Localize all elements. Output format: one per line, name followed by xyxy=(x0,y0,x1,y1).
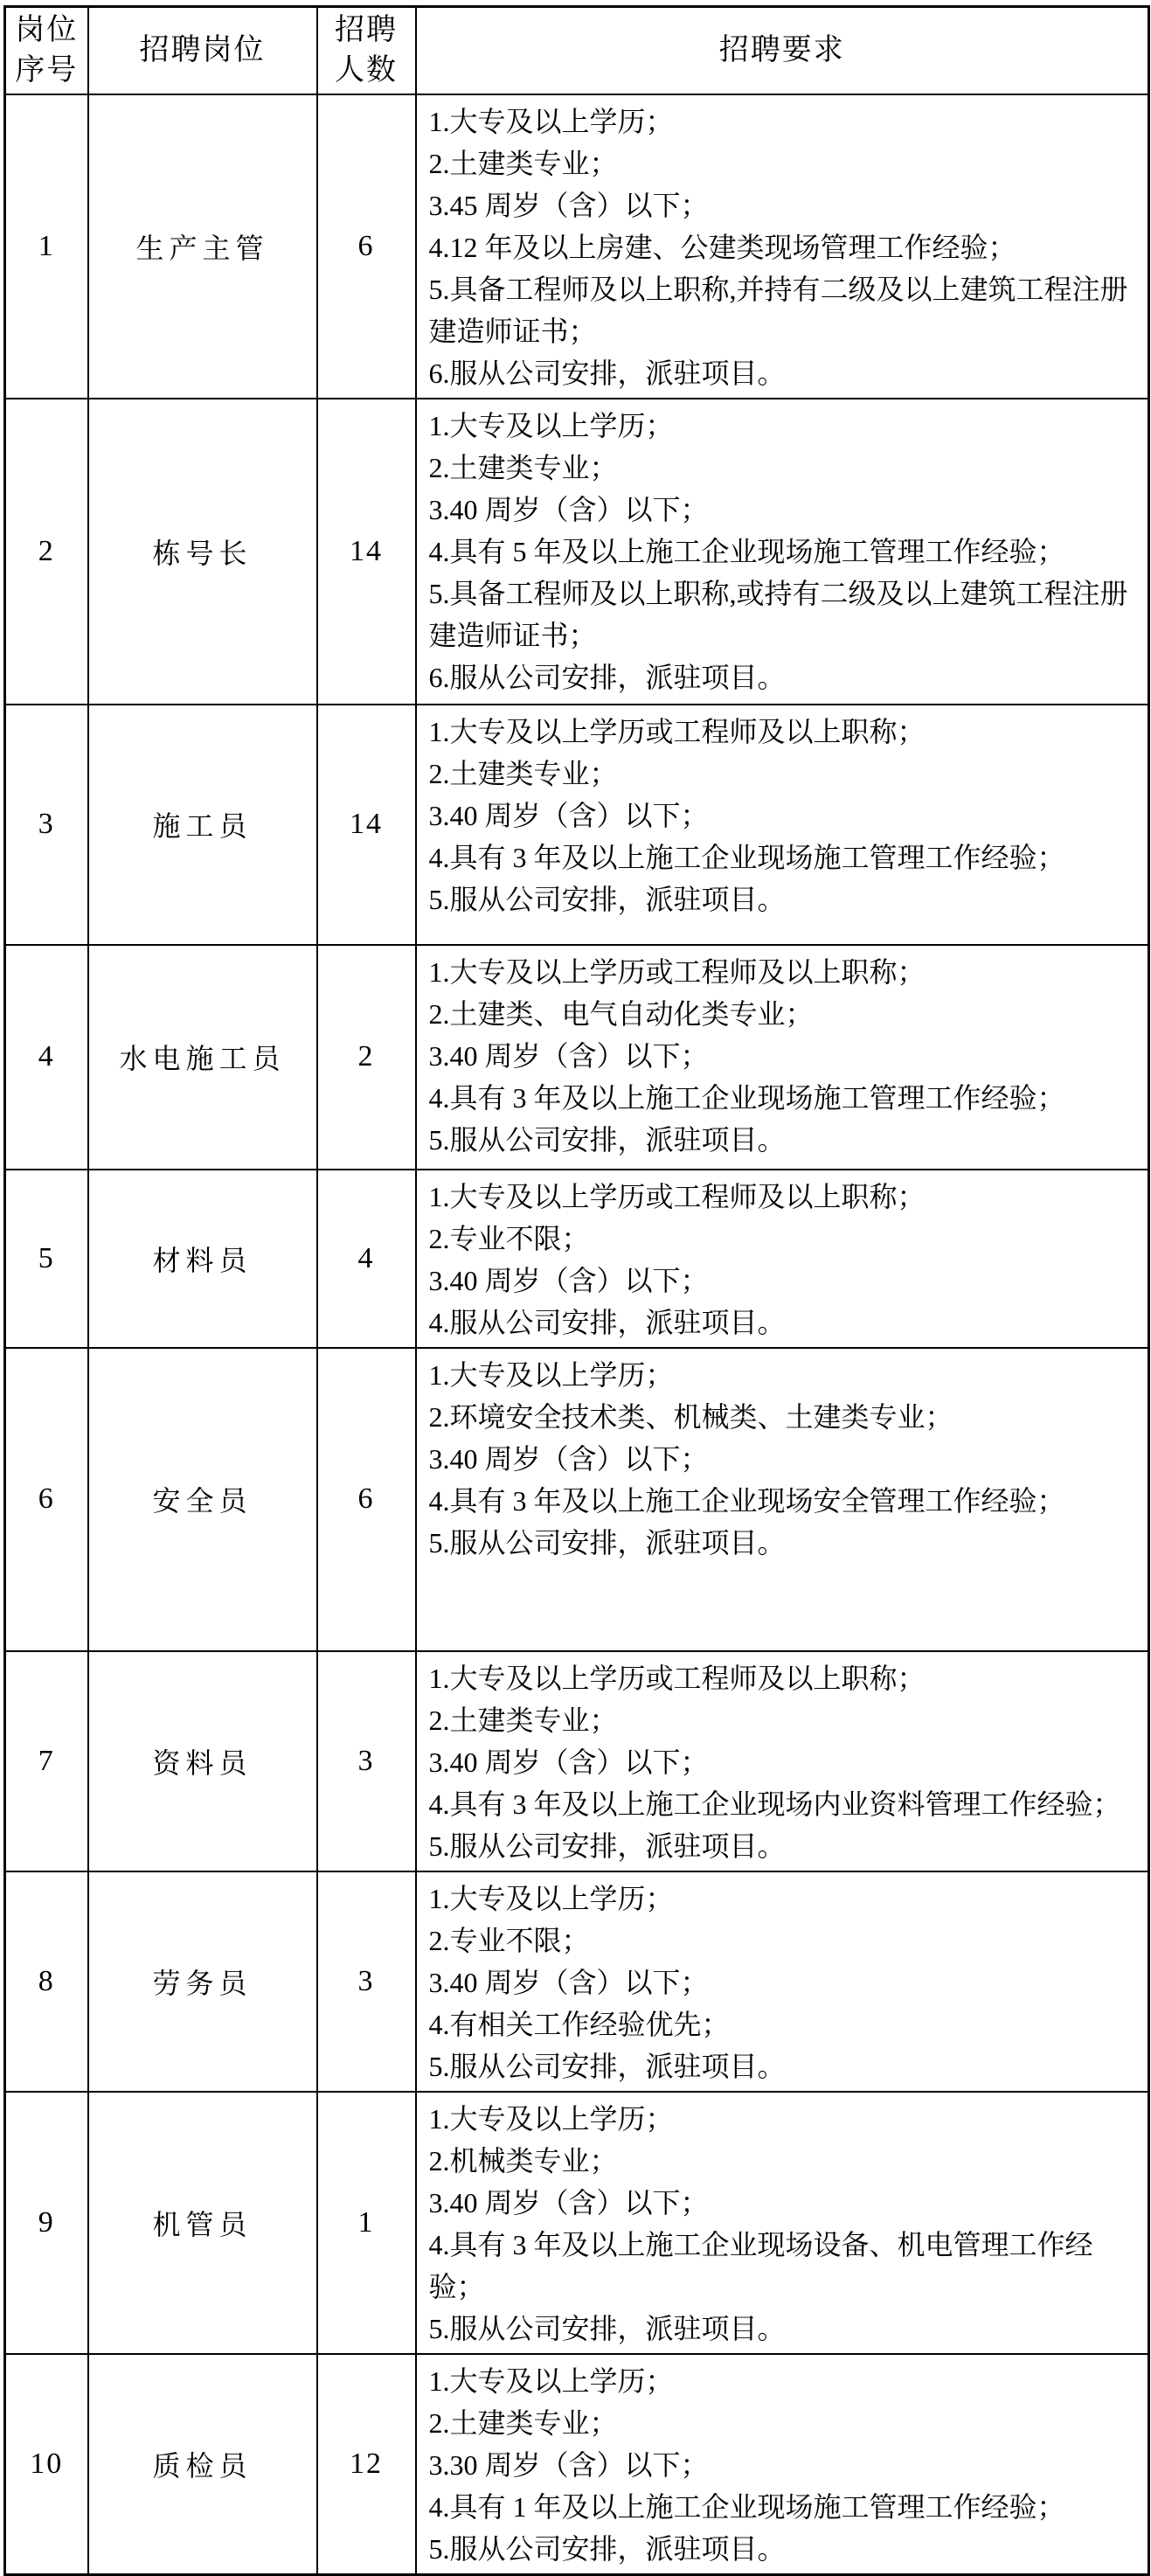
table-header: 岗位 序号 招聘岗位 招聘 人数 招聘要求 xyxy=(5,7,1149,94)
table-row: 5 材料员 4 1.大专及以上学历或工程师及以上职称； 2.专业不限； 3.40… xyxy=(5,1170,1149,1348)
cell-position-name: 栋号长 xyxy=(88,399,317,705)
cell-requirements: 1.大专及以上学历； 2.环境安全技术类、机械类、土建类专业； 3.40 周岁（… xyxy=(416,1348,1149,1651)
cell-position-name: 劳务员 xyxy=(88,1871,317,2092)
cell-position-no: 3 xyxy=(5,705,88,945)
cell-headcount: 14 xyxy=(317,705,416,945)
cell-headcount: 12 xyxy=(317,2354,416,2575)
table-row: 1 生产主管 6 1.大专及以上学历； 2.土建类专业； 3.45 周岁（含）以… xyxy=(5,94,1149,399)
cell-position-no: 7 xyxy=(5,1651,88,1871)
cell-requirements: 1.大专及以上学历或工程师及以上职称； 2.土建类专业； 3.40 周岁（含）以… xyxy=(416,705,1149,945)
cell-position-name: 质检员 xyxy=(88,2354,317,2575)
cell-requirements: 1.大专及以上学历或工程师及以上职称； 2.专业不限； 3.40 周岁（含）以下… xyxy=(416,1170,1149,1348)
header-col-requirements: 招聘要求 xyxy=(416,7,1149,94)
cell-position-no: 6 xyxy=(5,1348,88,1651)
cell-requirements: 1.大专及以上学历或工程师及以上职称； 2.土建类、电气自动化类专业； 3.40… xyxy=(416,945,1149,1170)
cell-requirements: 1.大专及以上学历； 2.土建类专业； 3.40 周岁（含）以下； 4.具有 5… xyxy=(416,399,1149,705)
cell-headcount: 4 xyxy=(317,1170,416,1348)
cell-position-name: 资料员 xyxy=(88,1651,317,1871)
cell-position-no: 2 xyxy=(5,399,88,705)
cell-position-no: 9 xyxy=(5,2092,88,2354)
cell-requirements: 1.大专及以上学历； 2.土建类专业； 3.45 周岁（含）以下； 4.12 年… xyxy=(416,94,1149,399)
cell-position-name: 安全员 xyxy=(88,1348,317,1651)
cell-position-name: 水电施工员 xyxy=(88,945,317,1170)
cell-position-no: 10 xyxy=(5,2354,88,2575)
cell-requirements: 1.大专及以上学历； 2.机械类专业； 3.40 周岁（含）以下； 4.具有 3… xyxy=(416,2092,1149,2354)
cell-requirements: 1.大专及以上学历； 2.专业不限； 3.40 周岁（含）以下； 4.有相关工作… xyxy=(416,1871,1149,2092)
cell-headcount: 14 xyxy=(317,399,416,705)
table-row: 4 水电施工员 2 1.大专及以上学历或工程师及以上职称； 2.土建类、电气自动… xyxy=(5,945,1149,1170)
cell-position-name: 生产主管 xyxy=(88,94,317,399)
table-row: 2 栋号长 14 1.大专及以上学历； 2.土建类专业； 3.40 周岁（含）以… xyxy=(5,399,1149,705)
table-row: 6 安全员 6 1.大专及以上学历； 2.环境安全技术类、机械类、土建类专业； … xyxy=(5,1348,1149,1651)
cell-position-name: 施工员 xyxy=(88,705,317,945)
header-col-position-no: 岗位 序号 xyxy=(5,7,88,94)
cell-position-name: 机管员 xyxy=(88,2092,317,2354)
cell-headcount: 6 xyxy=(317,94,416,399)
cell-headcount: 1 xyxy=(317,2092,416,2354)
cell-position-name: 材料员 xyxy=(88,1170,317,1348)
cell-requirements: 1.大专及以上学历； 2.土建类专业； 3.30 周岁（含）以下； 4.具有 1… xyxy=(416,2354,1149,2575)
cell-position-no: 8 xyxy=(5,1871,88,2092)
cell-headcount: 3 xyxy=(317,1651,416,1871)
cell-position-no: 1 xyxy=(5,94,88,399)
table-body: 1 生产主管 6 1.大专及以上学历； 2.土建类专业； 3.45 周岁（含）以… xyxy=(5,94,1149,2575)
cell-position-no: 5 xyxy=(5,1170,88,1348)
cell-requirements: 1.大专及以上学历或工程师及以上职称； 2.土建类专业； 3.40 周岁（含）以… xyxy=(416,1651,1149,1871)
cell-headcount: 6 xyxy=(317,1348,416,1651)
table-row: 3 施工员 14 1.大专及以上学历或工程师及以上职称； 2.土建类专业； 3.… xyxy=(5,705,1149,945)
cell-headcount: 2 xyxy=(317,945,416,1170)
header-col-position-name: 招聘岗位 xyxy=(88,7,317,94)
cell-position-no: 4 xyxy=(5,945,88,1170)
table-row: 7 资料员 3 1.大专及以上学历或工程师及以上职称； 2.土建类专业； 3.4… xyxy=(5,1651,1149,1871)
table-row: 8 劳务员 3 1.大专及以上学历； 2.专业不限； 3.40 周岁（含）以下；… xyxy=(5,1871,1149,2092)
cell-headcount: 3 xyxy=(317,1871,416,2092)
table-row: 10 质检员 12 1.大专及以上学历； 2.土建类专业； 3.30 周岁（含）… xyxy=(5,2354,1149,2575)
page: 岗位 序号 招聘岗位 招聘 人数 招聘要求 1 生产主管 6 1.大专及以上学历… xyxy=(0,0,1151,2517)
table-row: 9 机管员 1 1.大专及以上学历； 2.机械类专业； 3.40 周岁（含）以下… xyxy=(5,2092,1149,2354)
header-col-headcount: 招聘 人数 xyxy=(317,7,416,94)
recruitment-table: 岗位 序号 招聘岗位 招聘 人数 招聘要求 1 生产主管 6 1.大专及以上学历… xyxy=(3,5,1150,2576)
header-row: 岗位 序号 招聘岗位 招聘 人数 招聘要求 xyxy=(5,7,1149,94)
